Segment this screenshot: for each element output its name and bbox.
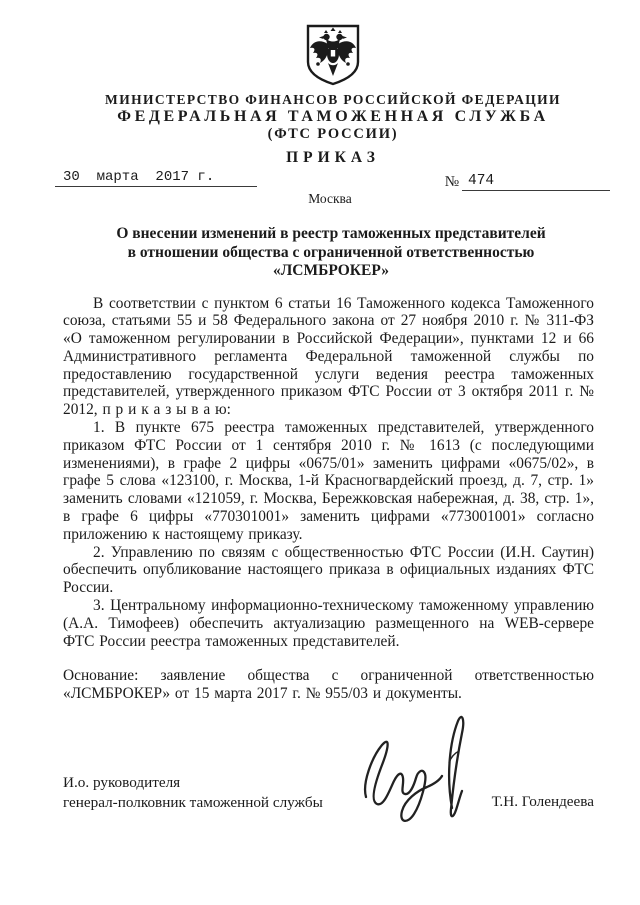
basis-paragraph: Основание: заявление общества с ограниче…	[63, 667, 594, 703]
document-header: МИНИСТЕРСТВО ФИНАНСОВ РОССИЙСКОЙ ФЕДЕРАЦ…	[0, 0, 640, 166]
number-value: 474	[462, 173, 610, 191]
agency-abbreviation: (ФТС РОССИИ)	[26, 126, 640, 142]
document-type-title: ПРИКАЗ	[26, 149, 640, 166]
signer-name: Т.Н. Голендеева	[492, 793, 594, 812]
signature-block: И.о. руководителя генерал-полковник тамо…	[0, 773, 640, 812]
order-title-line-1: О внесении изменений в реестр таможенных…	[22, 225, 640, 244]
signer-position: И.о. руководителя генерал-полковник тамо…	[63, 773, 323, 812]
number-field: № 474	[445, 173, 610, 191]
order-title: О внесении изменений в реестр таможенных…	[0, 225, 640, 281]
coat-of-arms-icon	[26, 24, 640, 86]
document-page: МИНИСТЕРСТВО ФИНАНСОВ РОССИЙСКОЙ ФЕДЕРАЦ…	[0, 0, 640, 905]
signer-position-line-2: генерал-полковник таможенной службы	[63, 793, 323, 813]
signer-position-line-1: И.о. руководителя	[63, 773, 323, 793]
item-2-paragraph: 2. Управлению по связям с общественность…	[63, 544, 594, 597]
item-3-paragraph: 3. Центральному информационно-техническо…	[63, 597, 594, 650]
ministry-name: МИНИСТЕРСТВО ФИНАНСОВ РОССИЙСКОЙ ФЕДЕРАЦ…	[26, 92, 640, 107]
order-title-line-3: «ЛСМБРОКЕР»	[22, 262, 640, 281]
requisites-row: 30 марта 2017 г. № 474	[0, 166, 640, 187]
item-1-paragraph: 1. В пункте 675 реестра таможенных предс…	[63, 419, 594, 544]
number-sign: №	[445, 174, 462, 191]
order-title-line-2: в отношении общества с ограниченной отве…	[22, 244, 640, 263]
signature-icon	[352, 713, 490, 841]
order-body: В соответствии с пунктом 6 статьи 16 Там…	[0, 295, 640, 704]
agency-name: ФЕДЕРАЛЬНАЯ ТАМОЖЕННАЯ СЛУЖБА	[26, 107, 640, 126]
city-label: Москва	[0, 191, 640, 207]
preamble-paragraph: В соответствии с пунктом 6 статьи 16 Там…	[63, 295, 594, 420]
date-field: 30 марта 2017 г.	[55, 169, 257, 187]
